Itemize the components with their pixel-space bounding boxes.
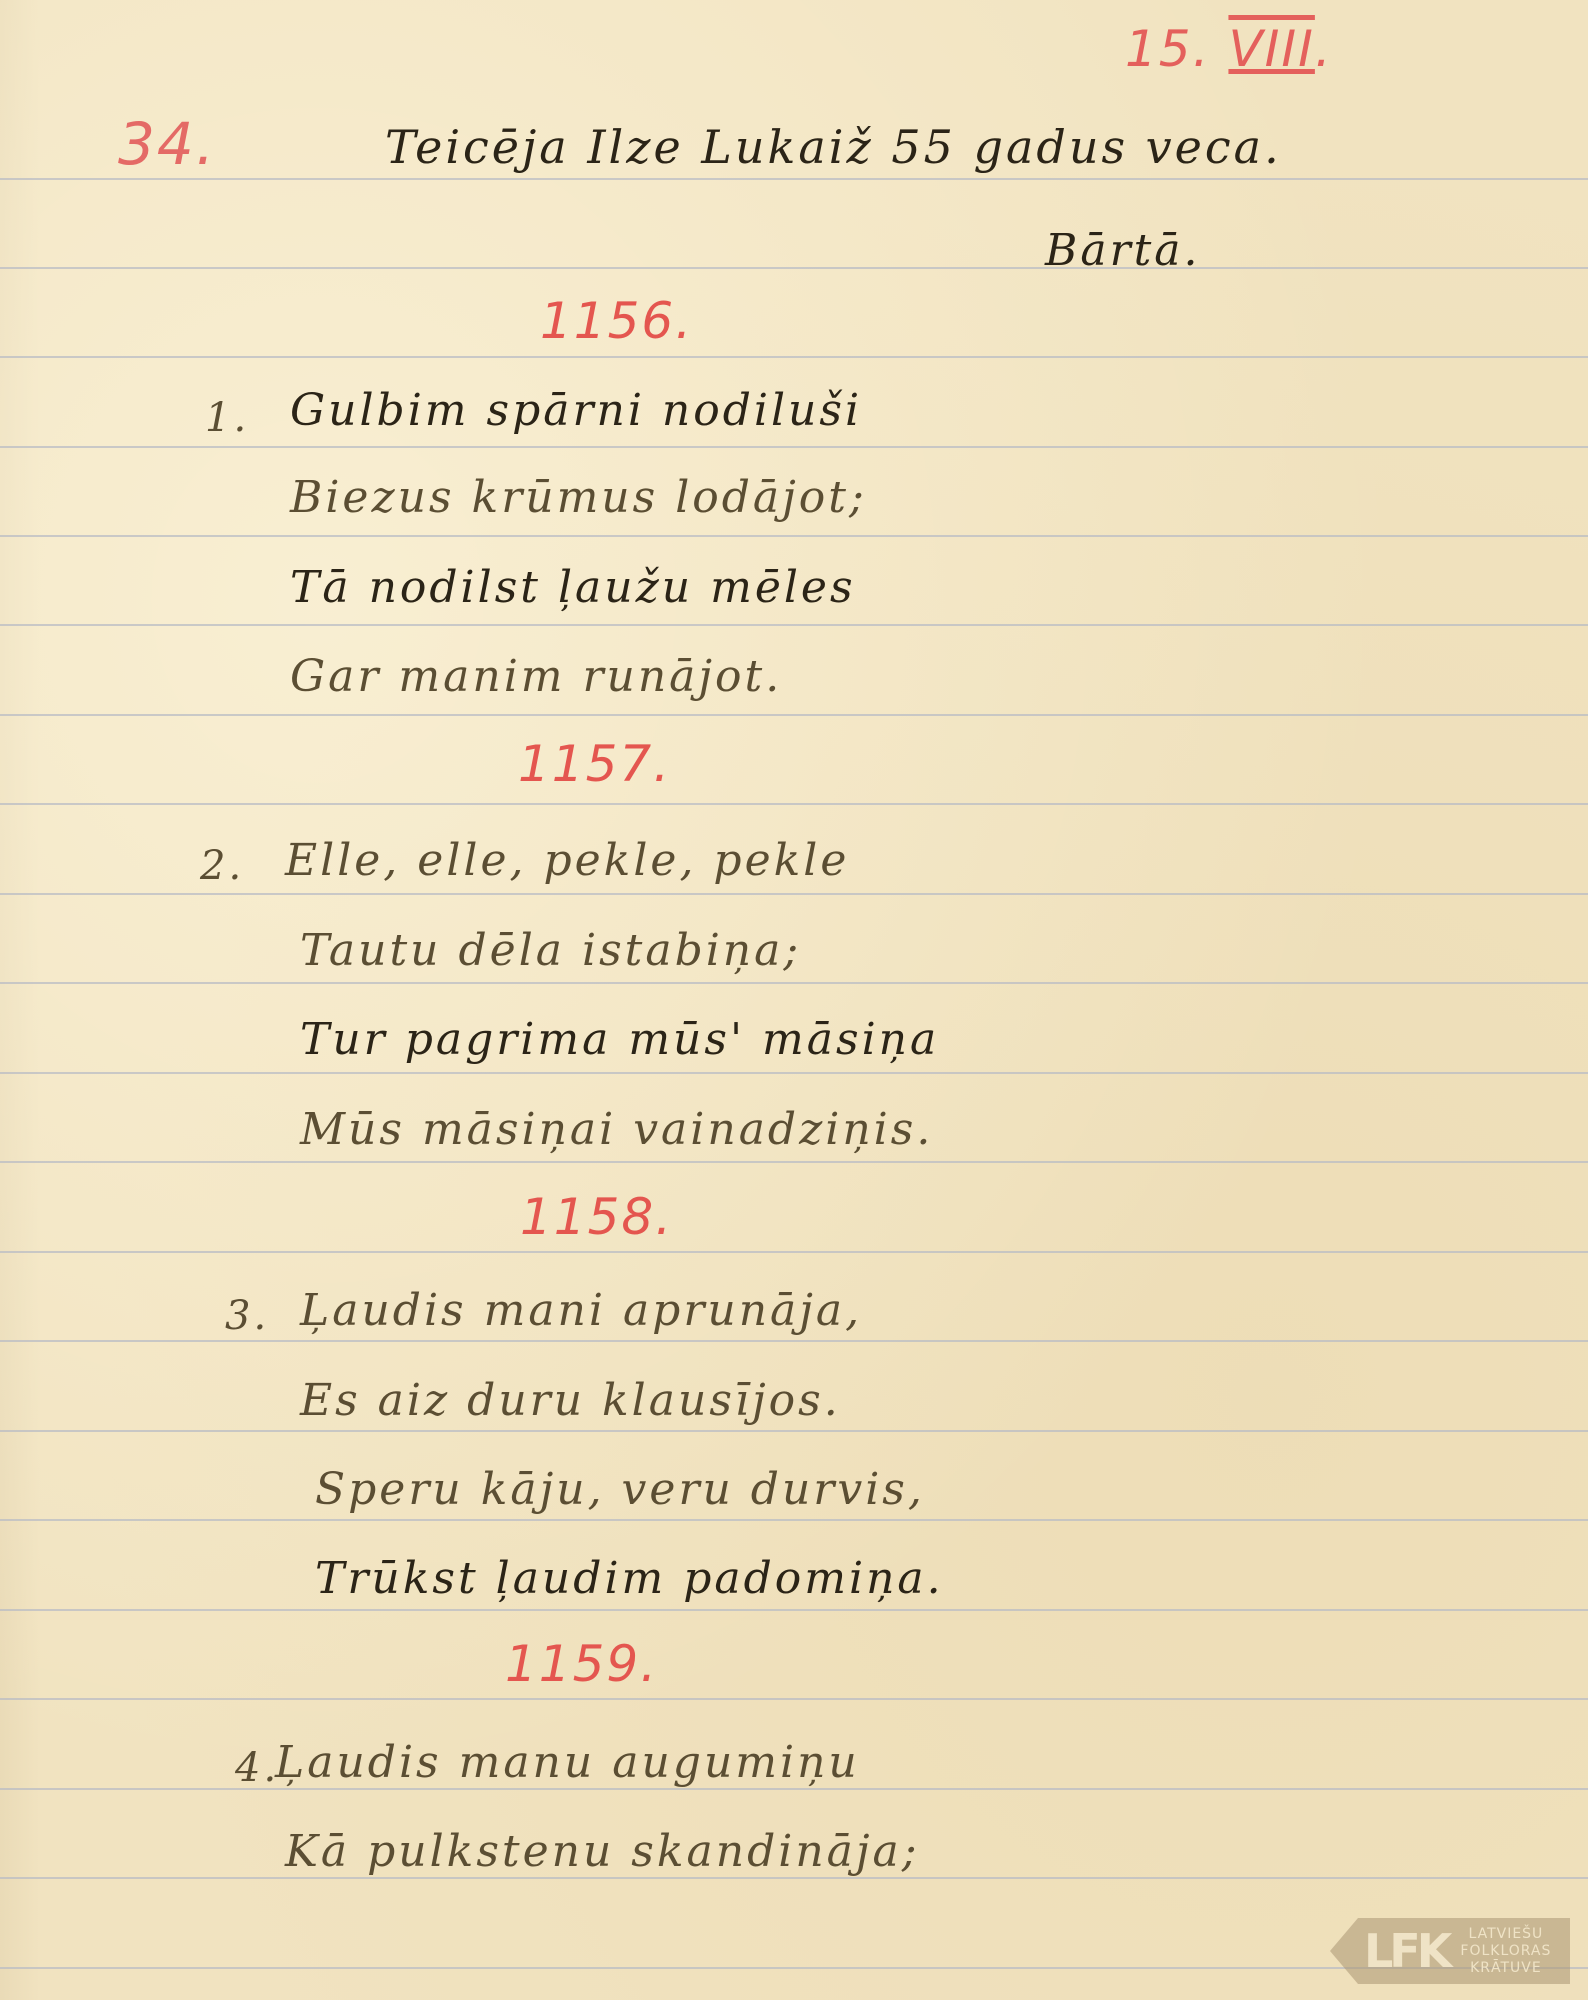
ruled-line	[0, 1519, 1588, 1521]
entry-number: 34.	[118, 110, 216, 178]
chevron-icon	[1330, 1918, 1358, 1984]
ruled-line	[0, 982, 1588, 984]
archive-name: LATVIEŠU FOLKLORAS KRĀTUVE	[1460, 1926, 1551, 1977]
ruled-line	[0, 714, 1588, 716]
date-month: VIII	[1228, 20, 1314, 78]
song-number: 4.	[235, 1745, 279, 1791]
song-number: 3.	[225, 1293, 269, 1339]
ruled-line	[0, 893, 1588, 895]
archive-number: 1159.	[505, 1635, 658, 1693]
verse-line: Gulbim spārni nodiluši	[290, 385, 862, 436]
verse-line: Ļaudis mani aprunāja,	[300, 1285, 862, 1336]
verse-line: Es aiz duru klausījos.	[300, 1375, 841, 1426]
ruled-line	[0, 624, 1588, 626]
date-annotation: 15. VIII.	[1125, 20, 1333, 78]
ruled-line	[0, 535, 1588, 537]
ruled-line	[0, 446, 1588, 448]
verse-line: Elle, elle, pekle, pekle	[285, 835, 849, 886]
verse-line: Gar manim runājot.	[290, 651, 782, 702]
verse-line: Tautu dēla istabiņa;	[300, 925, 801, 976]
ruled-line	[0, 1430, 1588, 1432]
verse-line: Biezus krūmus lodājot;	[290, 472, 867, 523]
ruled-line	[0, 356, 1588, 358]
verse-line: Ļaudis manu augumiņu	[275, 1737, 860, 1788]
date-day: 15.	[1125, 20, 1211, 78]
ruled-line	[0, 267, 1588, 269]
archive-name-line: FOLKLORAS	[1460, 1943, 1551, 1960]
ruled-line	[0, 1072, 1588, 1074]
archive-watermark-logo: LFK LATVIEŠU FOLKLORAS KRĀTUVE	[1330, 1918, 1570, 1984]
archive-name-line: LATVIEŠU	[1460, 1926, 1551, 1943]
song-number: 1.	[205, 395, 249, 441]
archive-number: 1157.	[518, 735, 671, 793]
date-trailing: .	[1315, 20, 1333, 78]
ruled-line	[0, 178, 1588, 180]
lfk-logo-icon: LFK	[1364, 1924, 1448, 1978]
verse-line: Tā nodilst ļaužu mēles	[290, 562, 856, 613]
verse-line: Mūs māsiņai vainadziņis.	[300, 1104, 933, 1155]
verse-line: Tur pagrima mūs' māsiņa	[300, 1014, 939, 1065]
ruled-line	[0, 1161, 1588, 1163]
archive-number: 1158.	[520, 1188, 673, 1246]
ruled-line	[0, 1340, 1588, 1342]
ruled-line	[0, 1698, 1588, 1700]
place-line: Bārtā.	[1045, 225, 1201, 276]
archive-number: 1156.	[540, 292, 693, 350]
verse-line: Speru kāju, veru durvis,	[315, 1464, 925, 1515]
manuscript-page: 34. 15. VIII. Teicēja Ilze Lukaiž 55 gad…	[0, 0, 1588, 2000]
informant-line: Teicēja Ilze Lukaiž 55 gadus veca.	[385, 120, 1282, 174]
archive-name-line: KRĀTUVE	[1460, 1960, 1551, 1977]
ruled-line	[0, 1877, 1588, 1879]
ruled-line	[0, 803, 1588, 805]
verse-line: Kā pulkstenu skandināja;	[285, 1826, 920, 1877]
ruled-line	[0, 1251, 1588, 1253]
verse-line: Trūkst ļaudim padomiņa.	[315, 1553, 944, 1604]
ruled-line	[0, 1609, 1588, 1611]
song-number: 2.	[200, 843, 244, 889]
